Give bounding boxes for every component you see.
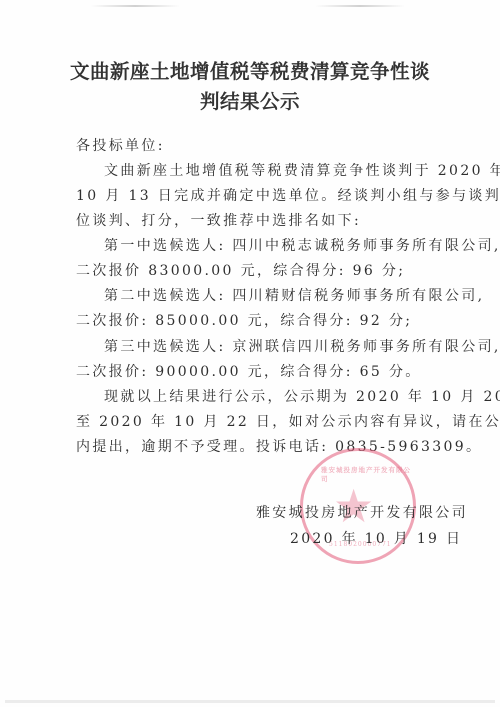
candidate-2-score: 二次报价: 85000.00 元，综合得分: 92 分; <box>76 310 412 330</box>
salutation: 各投标单位: <box>76 135 165 155</box>
title-line-2: 判结果公示 <box>40 87 460 117</box>
notice-line3: 内提出，逾期不予受理。投诉电话: 0835-5963309。 <box>76 436 482 456</box>
candidate-1-name: 第一中选候选人: 四川中税志诚税务师事务所有限公司, <box>104 235 500 255</box>
notice-line1: 现就以上结果进行公示，公示期为 2020 年 10 月 20 日 <box>104 386 500 406</box>
candidate-3-score: 二次报价: 90000.00 元，综合得分: 65 分。 <box>76 361 422 381</box>
notice-line2: 至 2020 年 10 月 22 日，如对公示内容有异议，请在公示期 <box>76 411 500 431</box>
paragraph1-line2: 10 月 13 日完成并确定中选单位。经谈判小组与参与谈判单 <box>76 185 500 205</box>
paragraph1-line3: 位谈判、打分，一致推荐中选排名如下: <box>76 210 361 230</box>
paragraph1-line1: 文曲新座土地增值税等税费清算竞争性谈判于 2020 年 <box>104 160 500 180</box>
scan-artifact <box>315 5 405 7</box>
candidate-3-name: 第三中选候选人: 京洲联信四川税务师事务所有限公司, <box>104 336 500 356</box>
candidate-2-name: 第二中选候选人: 四川精财信税务师事务所有限公司, <box>104 285 484 305</box>
signature-date: 2020 年 10 月 19 日 <box>290 528 462 548</box>
document-title: 文曲新座土地增值税等税费清算竞争性谈 判结果公示 <box>40 57 460 117</box>
scan-artifact <box>90 5 180 7</box>
page-bottom-edge <box>5 700 495 703</box>
candidate-1-score: 二次报价 83000.00 元，综合得分: 96 分; <box>76 260 405 280</box>
signature-company: 雅安城投房地产开发有限公司 <box>256 502 468 522</box>
document-page: 文曲新座土地增值税等税费清算竞争性谈 判结果公示 各投标单位: 文曲新座土地增值… <box>0 0 500 707</box>
title-line-1: 文曲新座土地增值税等税费清算竞争性谈 <box>40 57 460 87</box>
